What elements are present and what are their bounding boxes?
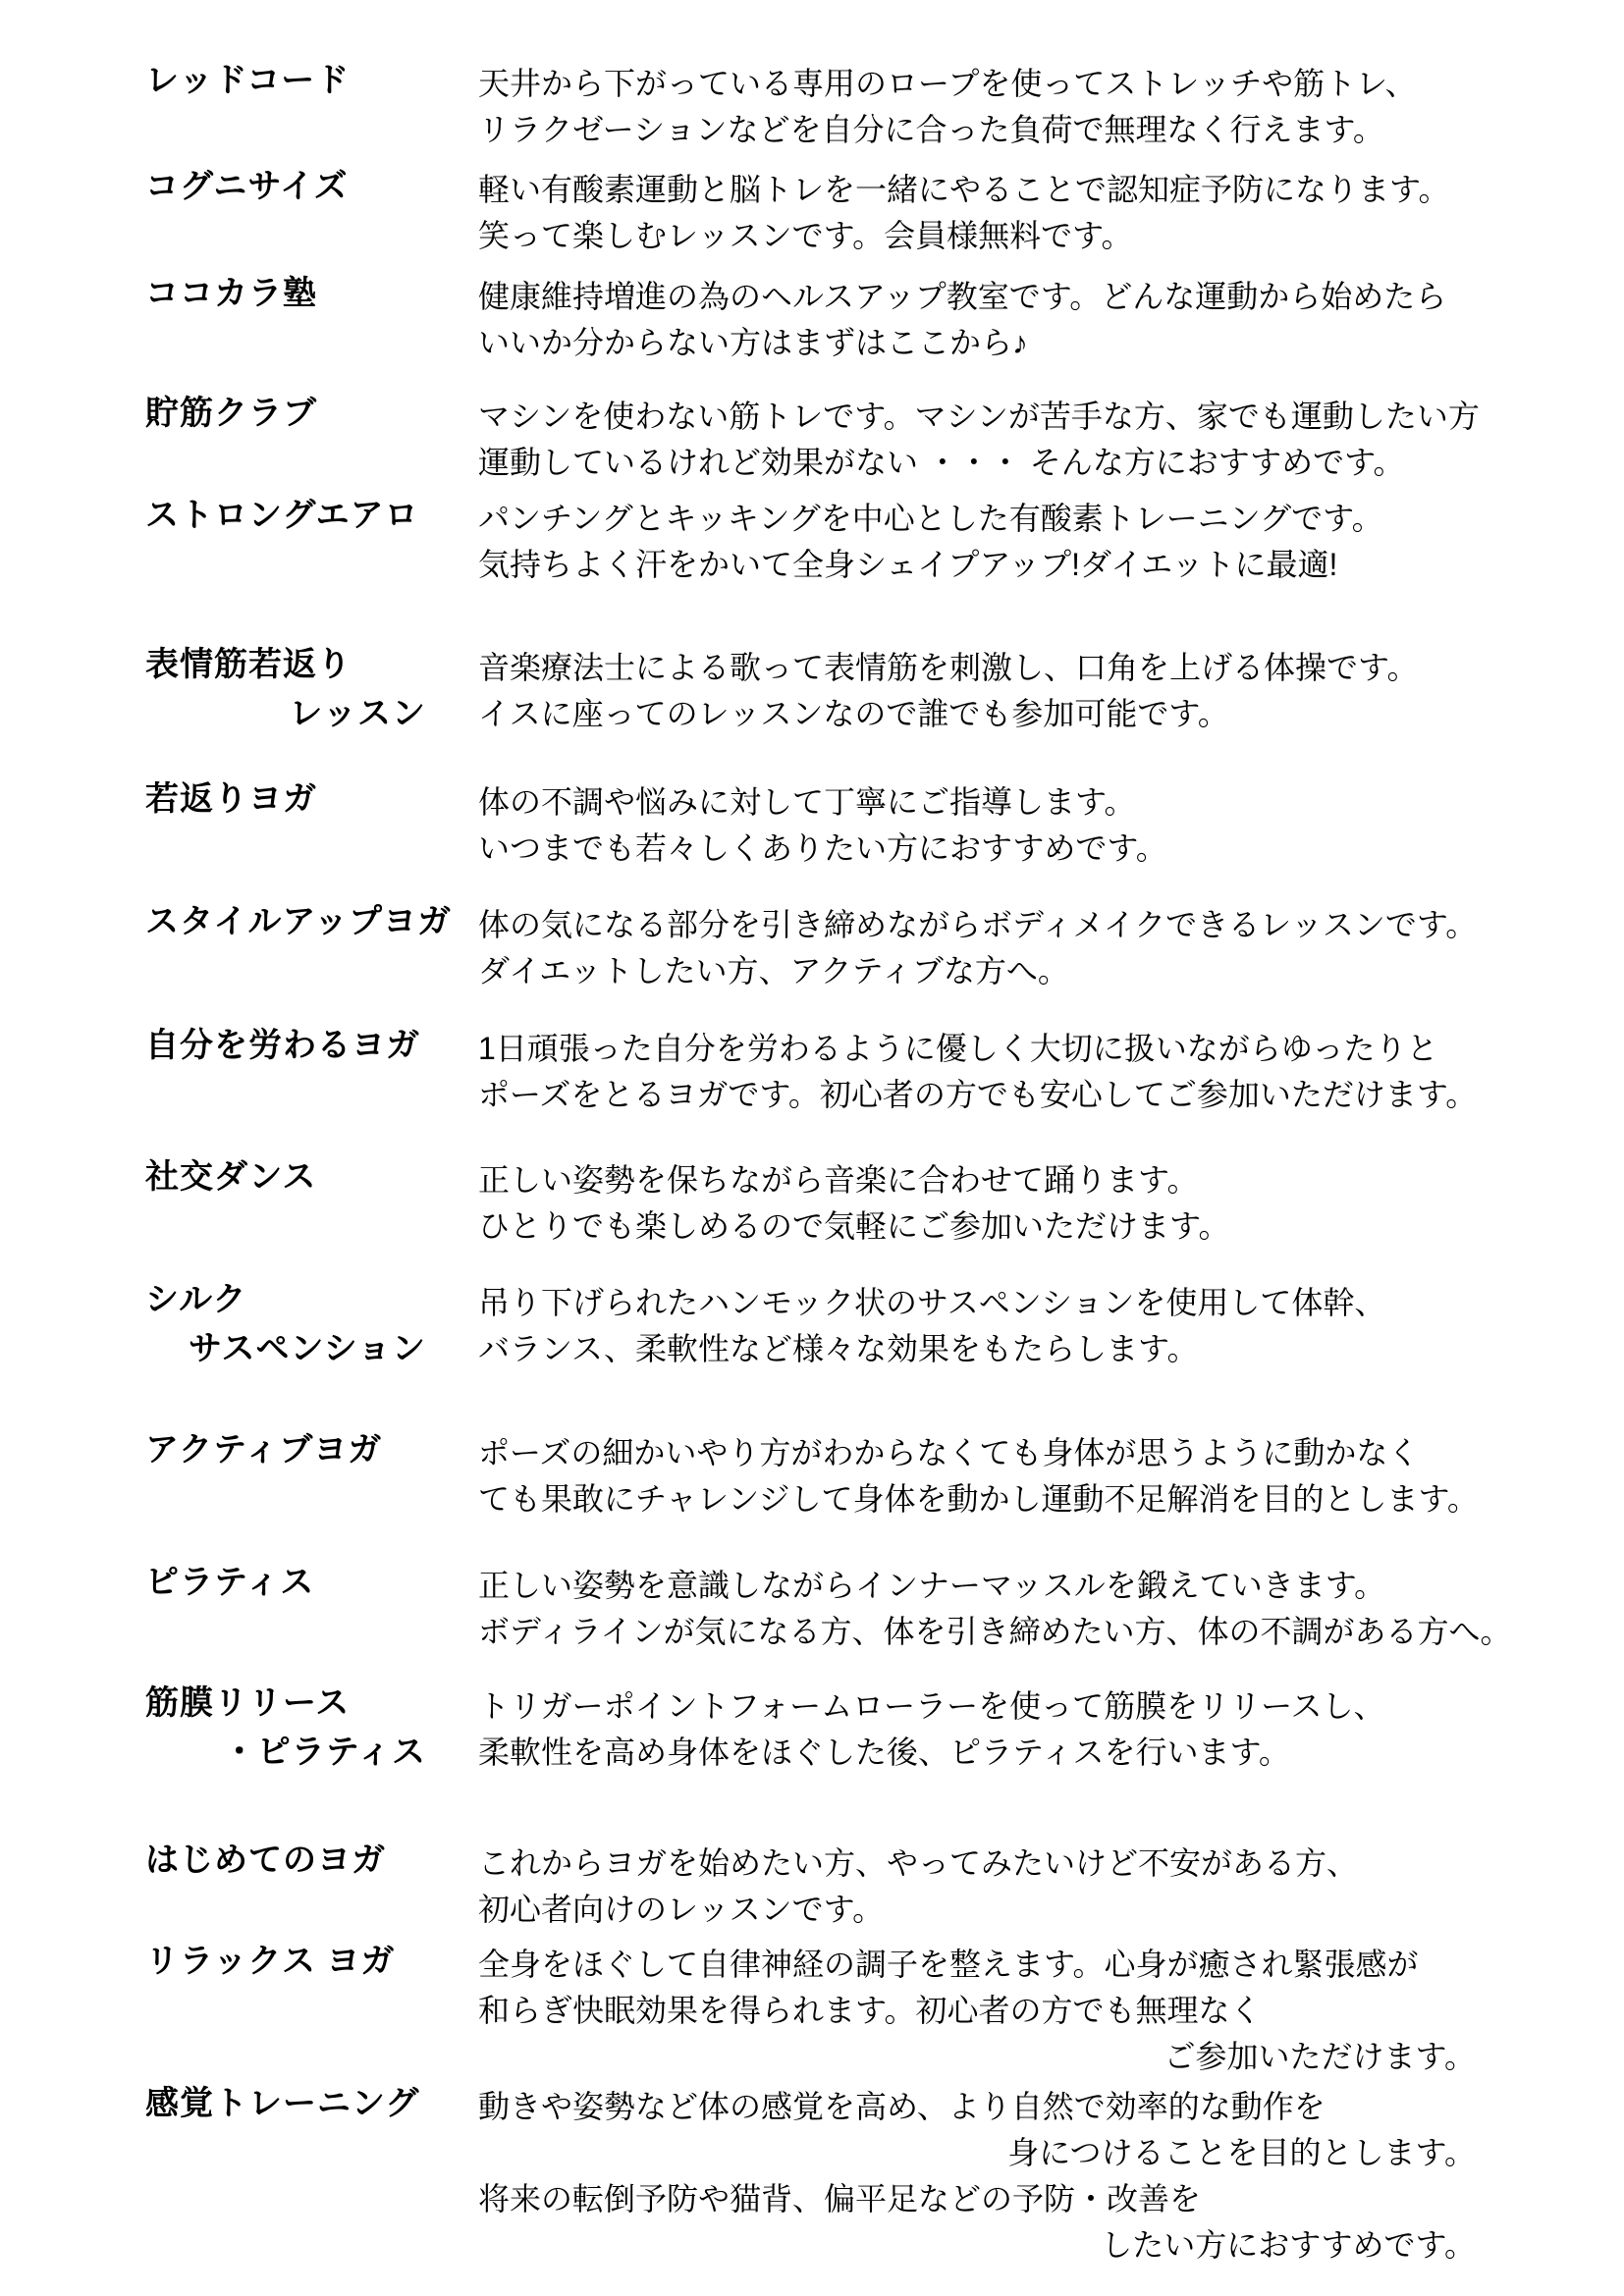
lesson-desc-line: 身につけることを目的とします。 (478, 2130, 1489, 2176)
lesson-description: 正しい姿勢を意識しながらインナーマッスルを鍛えていきます。 ボディラインが気にな… (478, 1563, 1489, 1655)
lesson-desc-line: ダイエットしたい方、アクティブな方へ。 (478, 948, 1489, 994)
lesson-desc-line: いつまでも若々しくありたい方におすすめです。 (478, 826, 1489, 872)
lesson-desc-line: ポーズの細かいやり方がわからなくても身体が思うように動かなく (478, 1430, 1489, 1476)
lesson-desc-line: ひとりでも楽しめるので気軽にご参加いただけます。 (478, 1203, 1489, 1250)
lesson-name-line: シルク (145, 1275, 432, 1324)
lesson-name-line: ストロングエアロ (145, 491, 432, 540)
lesson-desc-line: 天井から下がっている専用のロープを使ってストレッチや筋トレ、 (478, 61, 1489, 107)
lesson-desc-line: 柔軟性を高め身体をほぐした後、ピラティスを行います。 (478, 1730, 1489, 1776)
lesson-name-line: 若返りヨガ (145, 774, 432, 824)
lesson-desc-line: ご参加いただけます。 (478, 2034, 1489, 2080)
lesson-name-line: ・ピラティス (145, 1728, 432, 1777)
lesson-name: レッドコード (145, 56, 432, 105)
lesson-description: 1日頑張った自分を労わるように優しく大切に扱いながらゆったりと ポーズをとるヨガ… (478, 1026, 1489, 1118)
lesson-name-line: 社交ダンス (145, 1152, 432, 1201)
lesson-name: シルク サスペンション (145, 1275, 432, 1373)
lesson-desc-line: 笑って楽しむレッスンです。会員様無料です。 (478, 213, 1489, 259)
lesson-desc-line: バランス、柔軟性など様々な効果をもたらします。 (478, 1326, 1489, 1372)
lesson-name-line: 自分を労わるヨガ (145, 1021, 432, 1070)
lesson-desc-line: 音楽療法士による歌って表情筋を刺激し、口角を上げる体操です。 (478, 645, 1489, 691)
lesson-name: 筋膜リリース ・ピラティス (145, 1679, 432, 1777)
lesson-desc-line: パンチングとキッキングを中心とした有酸素トレーニングです。 (478, 496, 1489, 542)
lesson-name: 貯筋クラブ (145, 389, 432, 438)
lesson-name-line: 感覚トレーニング (145, 2079, 432, 2128)
lesson-name-line: リラックス ヨガ (145, 1937, 432, 1986)
lesson-name-line: コグニサイズ (145, 162, 432, 211)
lesson-description: 吊り下げられたハンモック状のサスペンションを使用して体幹、 バランス、柔軟性など… (478, 1280, 1489, 1372)
lesson-desc-line: 正しい姿勢を保ちながら音楽に合わせて踊ります。 (478, 1157, 1489, 1203)
lesson-desc-line: 健康維持増進の為のヘルスアップ教室です。どんな運動から始めたら (478, 274, 1489, 320)
lesson-desc-line: 動きや姿勢など体の感覚を高め、より自然で効率的な動作を (478, 2084, 1489, 2130)
lesson-description: マシンを使わない筋トレです。マシンが苦手な方、家でも運動したい方 運動しているけ… (478, 394, 1489, 486)
lesson-desc-line: 和らぎ快眠効果を得られます。初心者の方でも無理なく (478, 1988, 1489, 2034)
lesson-desc-line: 正しい姿勢を意識しながらインナーマッスルを鍛えていきます。 (478, 1563, 1489, 1609)
lesson-name: 感覚トレーニング (145, 2079, 432, 2128)
lesson-description: 天井から下がっている専用のロープを使ってストレッチや筋トレ、 リラクゼーションな… (478, 61, 1489, 153)
lesson-name-line: 筋膜リリース (145, 1679, 432, 1728)
lesson-desc-line: 初心者向けのレッスンです。 (478, 1887, 1489, 1933)
lesson-description: 軽い有酸素運動と脳トレを一緒にやることで認知症予防になります。 笑って楽しむレッ… (478, 167, 1489, 259)
lesson-name: ストロングエアロ (145, 491, 432, 540)
lesson-name-line: レッドコード (145, 56, 432, 105)
lesson-name-line: ココカラ塾 (145, 269, 432, 318)
lesson-desc-line: イスに座ってのレッスンなので誰でも参加可能です。 (478, 691, 1489, 737)
lesson-desc-line: 1日頑張った自分を労わるように優しく大切に扱いながらゆったりと (478, 1026, 1489, 1072)
lesson-description: 正しい姿勢を保ちながら音楽に合わせて踊ります。 ひとりでも楽しめるので気軽にご参… (478, 1157, 1489, 1250)
lesson-desc-line: いいか分からない方はまずはここから♪ (478, 320, 1489, 366)
lesson-name-line: ピラティス (145, 1558, 432, 1607)
lesson-desc-line: 体の不調や悩みに対して丁寧にご指導します。 (478, 779, 1489, 826)
lesson-desc-line: したい方におすすめです。 (478, 2222, 1489, 2269)
lesson-desc-line: リラクゼーションなどを自分に合った負荷で無理なく行えます。 (478, 107, 1489, 153)
lesson-desc-line: マシンを使わない筋トレです。マシンが苦手な方、家でも運動したい方 (478, 394, 1489, 440)
lesson-description: 体の気になる部分を引き締めながらボディメイクできるレッスンです。 ダイエットした… (478, 902, 1489, 994)
lesson-name-line: アクティブヨガ (145, 1425, 432, 1474)
lesson-name: 自分を労わるヨガ (145, 1021, 432, 1070)
lesson-name-line: はじめてのヨガ (145, 1836, 432, 1885)
lesson-name-line: レッスン (145, 689, 432, 738)
lesson-description: トリガーポイントフォームローラーを使って筋膜をリリースし、 柔軟性を高め身体をほ… (478, 1683, 1489, 1776)
lesson-name-line: 貯筋クラブ (145, 389, 432, 438)
lesson-description-page: レッドコード 天井から下がっている専用のロープを使ってストレッチや筋トレ、 リラ… (0, 0, 1624, 2296)
lesson-desc-line: ても果敢にチャレンジして身体を動かし運動不足解消を目的とします。 (478, 1476, 1489, 1522)
lesson-name: 若返りヨガ (145, 774, 432, 824)
lesson-description: 動きや姿勢など体の感覚を高め、より自然で効率的な動作を 身につけることを目的とし… (478, 2084, 1489, 2269)
lesson-name: 表情筋若返り レッスン (145, 640, 432, 738)
lesson-desc-line: 運動しているけれど効果がない ・・・ そんな方におすすめです。 (478, 440, 1489, 486)
lesson-name: 社交ダンス (145, 1152, 432, 1201)
lesson-description: パンチングとキッキングを中心とした有酸素トレーニングです。 気持ちよく汗をかいて… (478, 496, 1489, 588)
lesson-name: スタイルアップヨガ (145, 897, 432, 946)
lesson-desc-line: 将来の転倒予防や猫背、偏平足などの予防・改善を (478, 2176, 1489, 2222)
lesson-description: 音楽療法士による歌って表情筋を刺激し、口角を上げる体操です。 イスに座ってのレッ… (478, 645, 1489, 737)
lesson-description: 健康維持増進の為のヘルスアップ教室です。どんな運動から始めたら いいか分からない… (478, 274, 1489, 366)
lesson-description: これからヨガを始めたい方、やってみたいけど不安がある方、 初心者向けのレッスンで… (478, 1841, 1489, 1933)
lesson-description: 体の不調や悩みに対して丁寧にご指導します。 いつまでも若々しくありたい方におすす… (478, 779, 1489, 872)
lesson-name-line: スタイルアップヨガ (145, 897, 432, 946)
lesson-name: コグニサイズ (145, 162, 432, 211)
lesson-name: ココカラ塾 (145, 269, 432, 318)
lesson-name: リラックス ヨガ (145, 1937, 432, 1986)
lesson-desc-line: トリガーポイントフォームローラーを使って筋膜をリリースし、 (478, 1683, 1489, 1730)
lesson-desc-line: 気持ちよく汗をかいて全身シェイプアップ!ダイエットに最適! (478, 542, 1489, 588)
lesson-desc-line: ボディラインが気になる方、体を引き締めたい方、体の不調がある方へ。 (478, 1609, 1489, 1655)
lesson-name: ピラティス (145, 1558, 432, 1607)
lesson-desc-line: 吊り下げられたハンモック状のサスペンションを使用して体幹、 (478, 1280, 1489, 1326)
lesson-desc-line: これからヨガを始めたい方、やってみたいけど不安がある方、 (478, 1841, 1489, 1887)
lesson-description: ポーズの細かいやり方がわからなくても身体が思うように動かなく ても果敢にチャレン… (478, 1430, 1489, 1522)
lesson-desc-line: ポーズをとるヨガです。初心者の方でも安心してご参加いただけます。 (478, 1072, 1489, 1118)
lesson-desc-line: 体の気になる部分を引き締めながらボディメイクできるレッスンです。 (478, 902, 1489, 948)
lesson-name-line: サスペンション (145, 1324, 432, 1373)
lesson-name-line: 表情筋若返り (145, 640, 432, 689)
lesson-desc-line: 軽い有酸素運動と脳トレを一緒にやることで認知症予防になります。 (478, 167, 1489, 213)
lesson-description: 全身をほぐして自律神経の調子を整えます。心身が癒され緊張感が 和らぎ快眠効果を得… (478, 1942, 1489, 2080)
lesson-name: アクティブヨガ (145, 1425, 432, 1474)
lesson-desc-line: 全身をほぐして自律神経の調子を整えます。心身が癒され緊張感が (478, 1942, 1489, 1988)
lesson-name: はじめてのヨガ (145, 1836, 432, 1885)
